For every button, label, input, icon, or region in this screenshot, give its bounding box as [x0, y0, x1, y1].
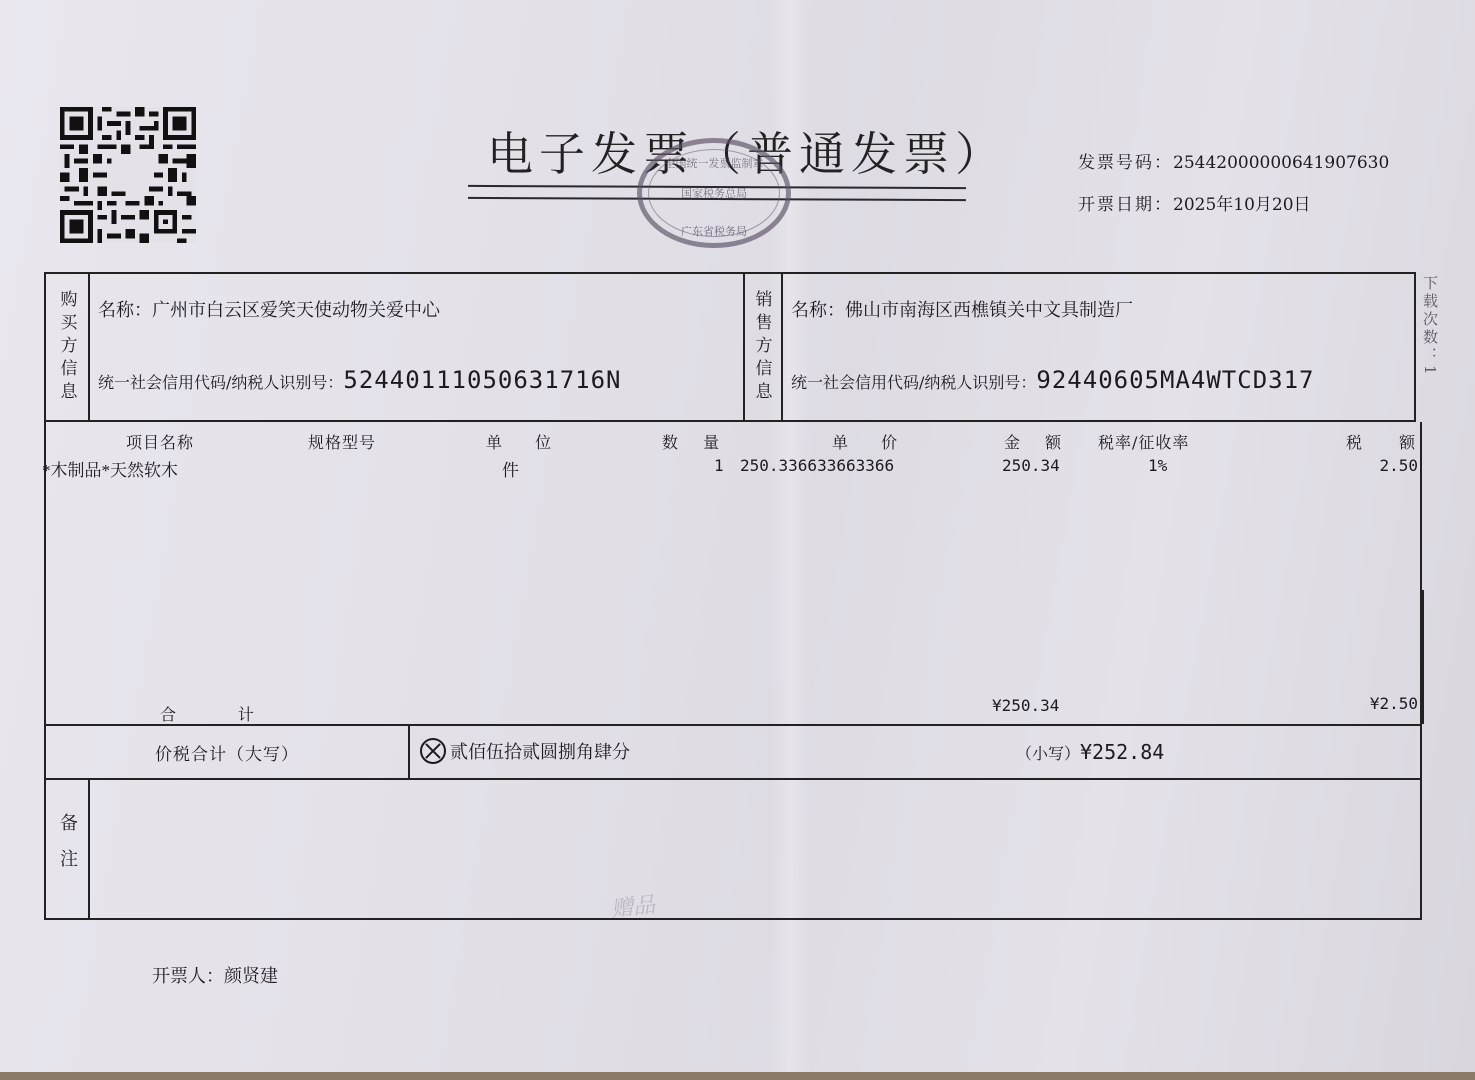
grand-total-upper-value: 贰佰伍拾贰圆捌角肆分: [450, 738, 630, 764]
issuer-name: 颜贤建: [224, 966, 278, 987]
remarks-label: 备注: [46, 780, 90, 918]
buyer-section-label: 购买方信息: [46, 274, 90, 420]
seal-top-text: 全国统一发票监制章: [642, 155, 786, 171]
grand-total-label: 价税合计（大写）: [46, 726, 410, 778]
item-amount: 250.34: [1002, 456, 1060, 475]
table-surface: [0, 1072, 1475, 1080]
seller-tax-label: 统一社会信用代码/纳税人识别号：: [791, 373, 1036, 392]
item-name: *木制品*天然软木: [42, 456, 178, 481]
remarks-label-text: 备注: [54, 813, 80, 885]
total-amount: ¥250.34: [992, 696, 1059, 715]
header-unit: 单 位: [486, 430, 565, 453]
seller-section-label: 销售方信息: [743, 274, 783, 420]
right-border: [1420, 590, 1424, 724]
buyer-tax-label: 统一社会信用代码/纳税人识别号：: [98, 373, 343, 392]
seller-name-value: 佛山市南海区西樵镇关中文具制造厂: [845, 300, 1133, 321]
buyer-tax-id-value: 52440111050631716N: [343, 366, 621, 394]
invoice-number: 发票号码：25442000000641907630: [1078, 148, 1389, 173]
qr-code: [58, 107, 198, 243]
issuer-label: 开票人：: [152, 966, 224, 987]
qr-code-icon: [58, 107, 198, 243]
seller-section-label-text: 销售方信息: [750, 290, 775, 405]
invoice-table: 购买方信息 名称：广州市白云区爱笑天使动物关爱中心 统一社会信用代码/纳税人识别…: [44, 272, 1422, 920]
grand-total-row: 价税合计（大写） 贰佰伍拾贰圆捌角肆分 （小写）¥252.84: [44, 724, 1422, 780]
header-tax-rate: 税率/征收率: [1098, 430, 1189, 453]
grand-total-lower-value: ¥252.84: [1080, 740, 1164, 764]
item-unit: 件: [502, 456, 519, 481]
header-item-name: 项目名称: [126, 430, 194, 453]
buyer-section-label-text: 购买方信息: [55, 290, 80, 405]
invoice-number-value: 25442000000641907630: [1173, 153, 1389, 173]
remarks-row: 备注: [44, 780, 1422, 920]
buyer-name-value: 广州市白云区爱笑天使动物关爱中心: [152, 300, 440, 321]
issue-date-value: 2025年10月20日: [1173, 195, 1311, 215]
issue-date-label: 开票日期：: [1078, 195, 1173, 215]
item-tax-rate: 1%: [1148, 456, 1167, 475]
tax-bureau-seal: 全国统一发票监制章 国家税务总局 广东省税务局: [637, 138, 791, 248]
buyer-info: 购买方信息 名称：广州市白云区爱笑天使动物关爱中心 统一社会信用代码/纳税人识别…: [46, 274, 745, 420]
issuer: 开票人：颜贤建: [152, 962, 278, 988]
header-amount: 金 额: [1004, 430, 1071, 453]
item-unit-price: 250.336633663366: [740, 456, 894, 475]
header-spec: 规格型号: [308, 430, 376, 453]
seller-name: 名称：佛山市南海区西樵镇关中文具制造厂: [791, 296, 1133, 322]
item-quantity: 1: [714, 456, 724, 475]
issue-date: 开票日期：2025年10月20日: [1078, 190, 1311, 215]
buyer-name: 名称：广州市白云区爱笑天使动物关爱中心: [98, 296, 440, 322]
invoice-number-label: 发票号码：: [1078, 153, 1173, 173]
grand-total-upper: 贰佰伍拾贰圆捌角肆分: [420, 738, 630, 764]
total-tax: ¥2.50: [1370, 694, 1418, 713]
grand-total-lower-label: （小写）: [1016, 744, 1080, 763]
seal-bottom-text: 广东省税务局: [642, 223, 786, 239]
grand-total-lower: （小写）¥252.84: [1016, 740, 1164, 764]
header-tax: 税 额: [1346, 430, 1431, 453]
header-unit-price: 单 价: [832, 430, 911, 453]
circled-x-icon: [420, 738, 446, 764]
seller-info: 销售方信息 名称：佛山市南海区西樵镇关中文具制造厂 统一社会信用代码/纳税人识别…: [743, 274, 1414, 420]
download-count: 下载次数：1: [1420, 275, 1441, 378]
header-quantity: 数 量: [662, 430, 729, 453]
seal-middle-text: 国家税务总局: [642, 185, 786, 201]
seller-name-label: 名称：: [791, 300, 845, 321]
party-info-row: 购买方信息 名称：广州市白云区爱笑天使动物关爱中心 统一社会信用代码/纳税人识别…: [44, 272, 1416, 422]
seller-tax-id: 统一社会信用代码/纳税人识别号：92440605MA4WTCD317: [791, 366, 1315, 394]
items-section: 项目名称 规格型号 单 位 数 量 单 价 金 额 税率/征收率 税 额 *木制…: [44, 422, 1422, 724]
buyer-name-label: 名称：: [98, 300, 152, 321]
seller-tax-id-value: 92440605MA4WTCD317: [1036, 366, 1314, 394]
buyer-tax-id: 统一社会信用代码/纳税人识别号：52440111050631716N: [98, 366, 622, 394]
item-tax: 2.50: [1379, 456, 1418, 475]
total-label: 合 计: [160, 702, 255, 725]
